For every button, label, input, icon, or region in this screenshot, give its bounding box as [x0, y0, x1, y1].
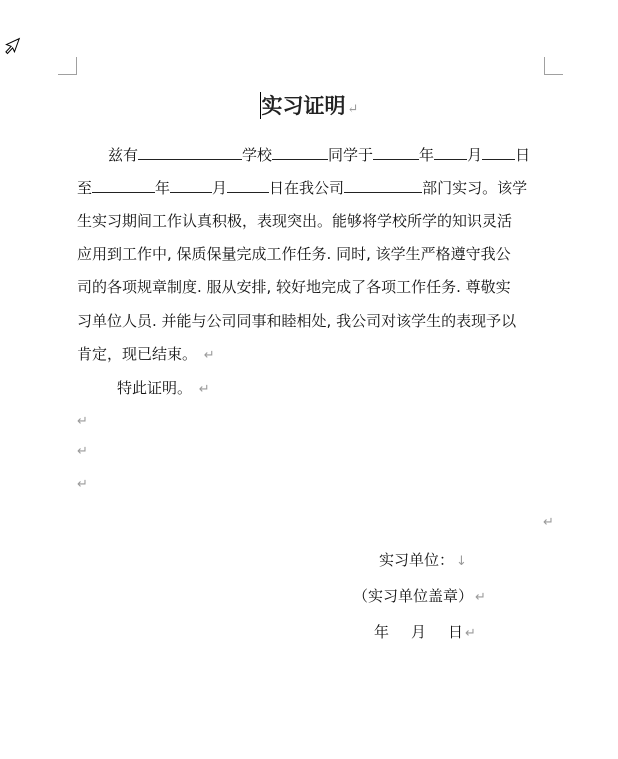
- end-day-blank[interactable]: [227, 178, 269, 193]
- closing-line: 特此证明。 ↵: [117, 378, 210, 398]
- start-day-blank[interactable]: [482, 145, 515, 160]
- body-line-7: 肯定，现已结束。 ↵: [77, 344, 215, 364]
- text-caret: [260, 92, 261, 119]
- start-month-blank[interactable]: [434, 145, 467, 160]
- paragraph-mark-icon: ↵: [475, 590, 486, 605]
- student-name-blank[interactable]: [272, 145, 328, 160]
- paragraph-mark-icon: ↵: [77, 444, 88, 459]
- body-line-1[interactable]: 兹有学校同学于年月日: [108, 145, 530, 165]
- document-page[interactable]: 实习证明↵ 兹有学校同学于年月日 至年月日在我公司部门实习。该学 生实习期间工作…: [0, 0, 618, 759]
- school-blank[interactable]: [138, 145, 242, 160]
- signature-unit-line: 实习单位：↓: [379, 549, 467, 570]
- department-blank[interactable]: [344, 178, 422, 193]
- end-month-blank[interactable]: [170, 178, 212, 193]
- signature-seal-line: （实习单位盖章）↵: [353, 585, 486, 606]
- margin-corner-top-left: [58, 57, 77, 75]
- paragraph-mark-icon: ↵: [77, 414, 88, 429]
- paragraph-mark-icon: ↵: [77, 477, 88, 492]
- body-line-3: 生实习期间工作认真积极，表现突出。能够将学校所学的知识灵活: [77, 211, 512, 231]
- signature-date-line: 年月日↵: [374, 621, 476, 642]
- body-line-5: 司的各项规章制度. 服从安排, 较好地完成了各项工作任务. 尊敬实: [77, 277, 511, 297]
- body-line-2[interactable]: 至年月日在我公司部门实习。该学: [77, 178, 527, 198]
- end-year-blank[interactable]: [92, 178, 155, 193]
- mouse-pointer-icon: [5, 36, 21, 58]
- paragraph-mark-icon: ↵: [465, 626, 476, 641]
- paragraph-mark-icon: ↵: [204, 348, 215, 363]
- document-title[interactable]: 实习证明↵: [0, 90, 618, 120]
- paragraph-mark-icon: ↵: [199, 382, 210, 397]
- body-line-4: 应用到工作中, 保质保量完成工作任务. 同时, 该学生严格遵守我公: [77, 244, 511, 264]
- body-line-6: 习单位人员. 并能与公司同事和睦相处, 我公司对该学生的表现予以: [77, 311, 516, 331]
- start-year-blank[interactable]: [373, 145, 419, 160]
- paragraph-mark-icon: ↵: [348, 102, 359, 117]
- paragraph-mark-icon: ↵: [543, 515, 554, 530]
- margin-corner-top-right: [544, 57, 563, 75]
- line-break-mark-icon: ↓: [456, 554, 467, 569]
